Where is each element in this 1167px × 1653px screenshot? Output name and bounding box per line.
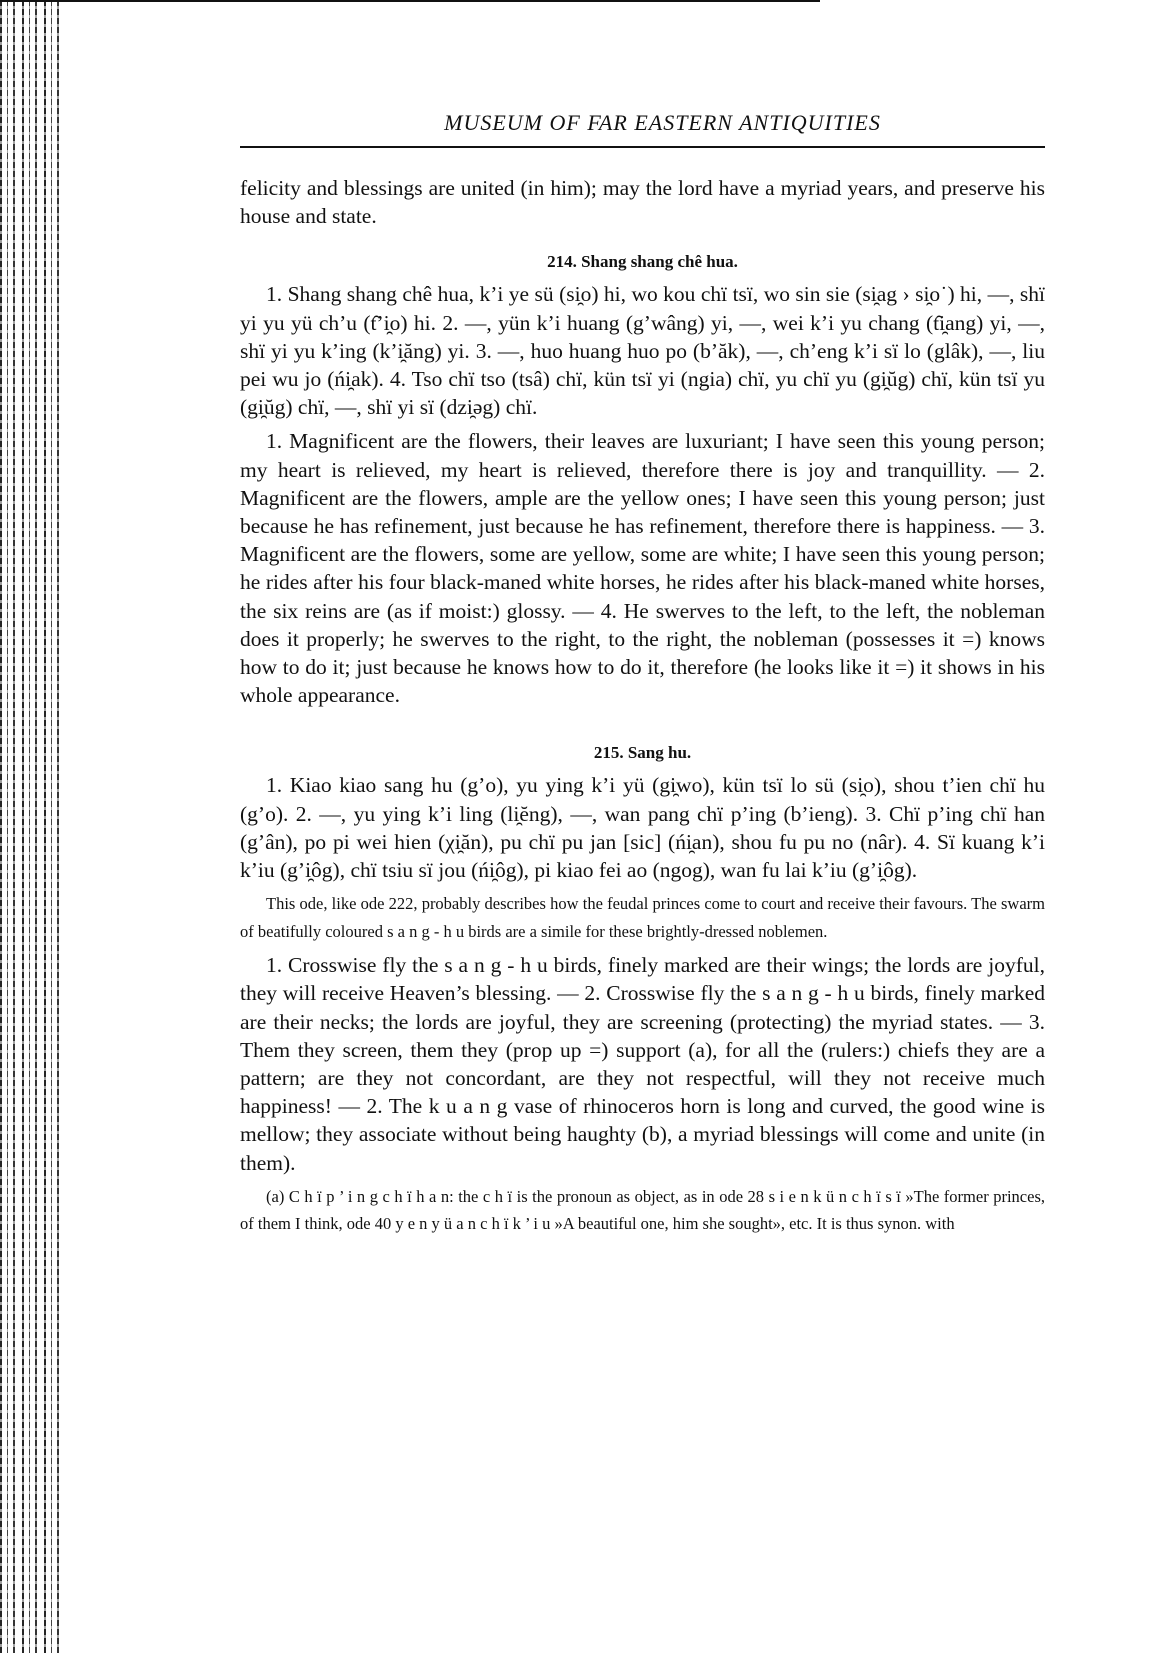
intro-paragraph: felicity and blessings are united (in hi… (240, 174, 1045, 230)
document-page: MUSEUM OF FAR EASTERN ANTIQUITIES felici… (240, 110, 1045, 1238)
translation-215: 1. Crosswise fly the s a n g - h u birds… (240, 951, 1045, 1177)
running-head: MUSEUM OF FAR EASTERN ANTIQUITIES (280, 110, 1045, 136)
scan-top-edge (0, 0, 820, 2)
header-rule (240, 146, 1045, 148)
footnote-a: (a) C h ï p ’ i n g c h ï h a n: the c h… (240, 1183, 1045, 1238)
book-spine-edge (0, 0, 62, 1653)
section-heading-214: 214. Shang shang chê hua. (240, 252, 1045, 272)
transcription-214: 1. Shang shang chê hua, k’i ye sü (si̯o)… (240, 280, 1045, 421)
translation-214: 1. Magnificent are the flowers, their le… (240, 427, 1045, 709)
commentary-215: This ode, like ode 222, probably describ… (240, 890, 1045, 945)
section-heading-215: 215. Sang hu. (240, 743, 1045, 763)
transcription-215: 1. Kiao kiao sang hu (g’o), yu ying k’i … (240, 771, 1045, 884)
